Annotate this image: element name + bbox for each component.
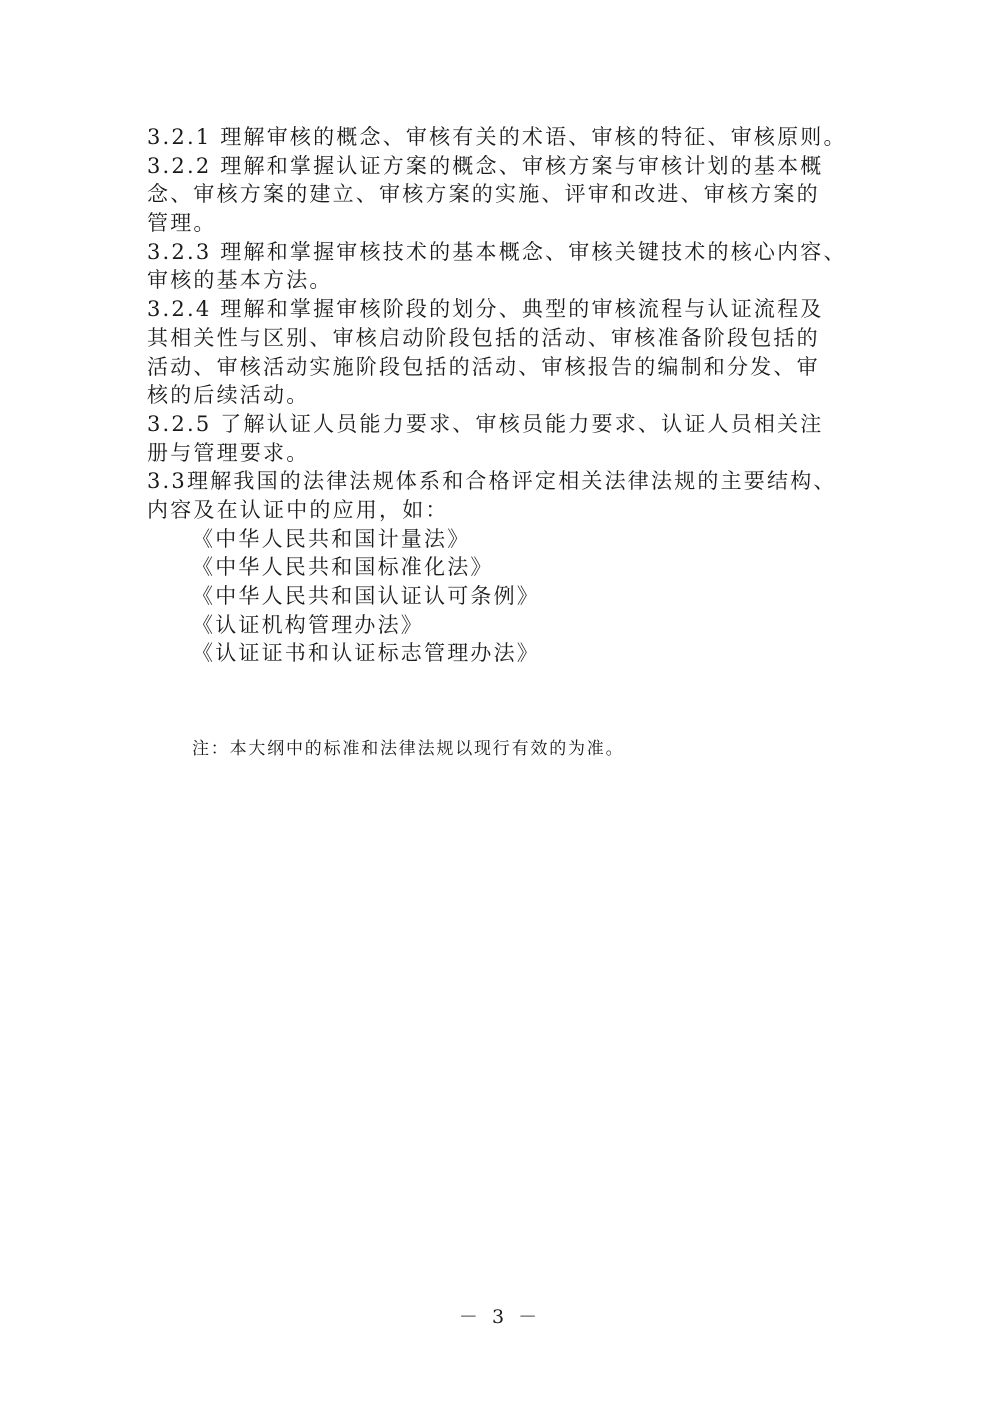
section-3-2-4-line: 3.2.4 理解和掌握审核阶段的划分、典型的审核流程与认证流程及 (147, 295, 847, 324)
section-3-2-4-line: 其相关性与区别、审核启动阶段包括的活动、审核准备阶段包括的 (147, 324, 847, 353)
section-3-2-4-line: 核的后续活动。 (147, 381, 847, 410)
law-item: 《认证机构管理办法》 (147, 611, 847, 640)
section-3-3-line: 3.3理解我国的法律法规体系和合格评定相关法律法规的主要结构、 (147, 467, 847, 496)
section-3-2-3-line: 3.2.3 理解和掌握审核技术的基本概念、审核关键技术的核心内容、 (147, 238, 847, 267)
document-page: 3.2.1 理解审核的概念、审核有关的术语、审核的特征、审核原则。 3.2.2 … (0, 0, 1000, 1414)
law-item: 《中华人民共和国计量法》 (147, 525, 847, 554)
section-3-2-2-line: 念、审核方案的建立、审核方案的实施、评审和改进、审核方案的 (147, 180, 847, 209)
section-3-2-2-line: 3.2.2 理解和掌握认证方案的概念、审核方案与审核计划的基本概 (147, 152, 847, 181)
law-item: 《认证证书和认证标志管理办法》 (147, 639, 847, 668)
section-3-2-4-line: 活动、审核活动实施阶段包括的活动、审核报告的编制和分发、审 (147, 353, 847, 382)
section-3-3-line: 内容及在认证中的应用，如： (147, 496, 847, 525)
section-3-2-3-line: 审核的基本方法。 (147, 266, 847, 295)
page-number: － 3 － (0, 1302, 1000, 1329)
section-3-2-2-line: 管理。 (147, 209, 847, 238)
document-body: 3.2.1 理解审核的概念、审核有关的术语、审核的特征、审核原则。 3.2.2 … (147, 123, 847, 668)
footnote: 注：本大纲中的标准和法律法规以现行有效的为准。 (192, 734, 624, 759)
law-item: 《中华人民共和国认证认可条例》 (147, 582, 847, 611)
section-3-2-5-line: 3.2.5 了解认证人员能力要求、审核员能力要求、认证人员相关注 (147, 410, 847, 439)
section-3-2-5-line: 册与管理要求。 (147, 439, 847, 468)
section-3-2-1-line: 3.2.1 理解审核的概念、审核有关的术语、审核的特征、审核原则。 (147, 123, 847, 152)
law-item: 《中华人民共和国标准化法》 (147, 553, 847, 582)
